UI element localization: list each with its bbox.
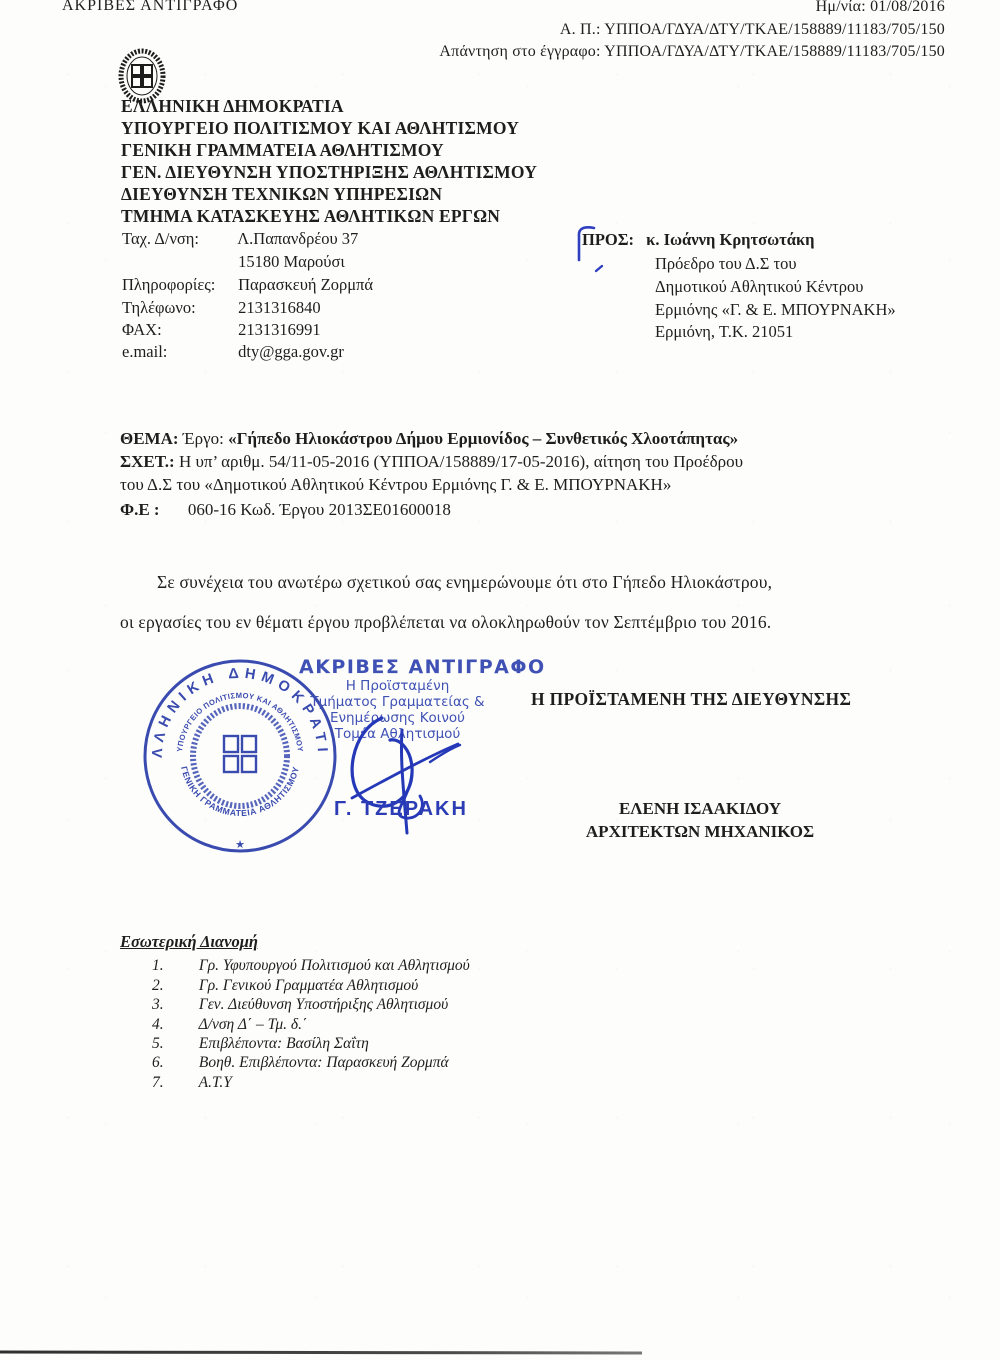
contact-label: Πληροφορίες: — [122, 275, 234, 295]
distribution-item-number: 3. — [152, 995, 195, 1015]
stamp-line-1: Η Προϊσταμένη — [300, 679, 495, 695]
approver-title: Η ΠΡΟΪΣΤΑΜΕΝΗ ΤΗΣ ΔΙΕΥΘΥΝΣΗΣ — [531, 689, 851, 710]
seal-star: ★ — [235, 839, 245, 851]
stamp-signer-name: Γ. ΤΖΕΡΑΚΗ — [334, 798, 468, 821]
agency-line-ministry: ΥΠΟΥΡΓΕΙΟ ΠΟΛΙΤΙΣΜΟΥ ΚΑΙ ΑΘΛΗΤΙΣΜΟΥ — [121, 118, 519, 139]
stamp-title: ΑΚΡΙΒΕΣ ΑΝΤΙΓΡΑΦΟ — [299, 656, 546, 678]
contact-value: 15180 Μαρούσι — [238, 252, 345, 271]
reference-line-1: ΣΧΕΤ.: Η υπ’ αριθμ. 54/11-05-2016 (ΥΠΠΟΑ… — [120, 452, 743, 472]
reply-reference-line: Απάντηση στο έγγραφο: ΥΠΠΟΑ/ΓΔΥΑ/ΔΤΥ/ΤΚΑ… — [439, 43, 945, 61]
distribution-item-number: 7. — [152, 1073, 195, 1093]
reference-text-1: Η υπ’ αριθμ. 54/11-05-2016 (ΥΠΠΟΑ/158889… — [179, 452, 743, 471]
contact-value: dty@gga.gov.gr — [238, 342, 344, 361]
contact-label: e.mail: — [122, 342, 234, 362]
contact-row-phone: Τηλέφωνο: 2131316840 — [122, 298, 321, 318]
agency-line-technical-directorate: ΔΙΕΥΘΥΝΣΗ ΤΕΧΝΙΚΩΝ ΥΠΗΡΕΣΙΩΝ — [121, 184, 442, 205]
date-line: Ημ/νία: 01/08/2016 — [816, 0, 945, 16]
body-paragraph-line-2: οι εργασίες του εν θέματι έργου προβλέπε… — [120, 612, 771, 633]
distribution-item-number: 4. — [152, 1015, 195, 1035]
body-paragraph-line-1: Σε συνέχεια του ανωτέρω σχετικού σας ενη… — [157, 572, 772, 593]
handwritten-signature — [330, 700, 480, 845]
subject-title: «Γήπεδο Ηλιοκάστρου Δήμου Ερμιονίδος – Σ… — [228, 429, 738, 448]
contact-value: Παρασκευή Ζορμπά — [238, 275, 373, 294]
contact-value: 2131316840 — [238, 298, 321, 317]
contact-row-postcode: 15180 Μαρούσι — [122, 252, 345, 272]
agency-line-sports-works-dept: ΤΜΗΜΑ ΚΑΤΑΣΚΕΥΗΣ ΑΘΛΗΤΙΚΩΝ ΕΡΓΩΝ — [121, 206, 500, 227]
protocol-number-line: Α. Π.: ΥΠΠΟΑ/ΓΔΥΑ/ΔΤΥ/ΤΚΑΕ/158889/11183/… — [560, 21, 945, 39]
distribution-item-number: 6. — [152, 1053, 195, 1073]
subject-line: ΘΕΜΑ: Έργο: «Γήπεδο Ηλιοκάστρου Δήμου Ερ… — [120, 429, 738, 449]
reference-label: ΣΧΕΤ.: — [120, 452, 175, 471]
contact-value: Λ.Παπανδρέου 37 — [237, 229, 358, 248]
contact-label: ΦΑΧ: — [122, 320, 234, 340]
recipient-name: κ. Ιωάννη Κρητσωτάκη — [646, 230, 814, 249]
agency-line-hellenic-republic: ΕΛΛΗΝΙΚΗ ΔΗΜΟΚΡΑΤΙΑ — [121, 96, 344, 117]
distribution-item-number: 1. — [152, 956, 195, 976]
recipient-first-line: ΠΡΟΣ: κ. Ιωάννη Κρητσωτάκη — [582, 230, 815, 250]
file-label: Φ.Ε : — [120, 500, 160, 519]
reference-line-2: του Δ.Σ του «Δημοτικού Αθλητικού Κέντρου… — [120, 475, 671, 495]
certified-copy-label: ΑΚΡΙΒΕΣ ΑΝΤΙΓΡΑΦΟ — [62, 0, 238, 15]
distribution-item-number: 2. — [152, 976, 195, 996]
approver-role: ΑΡΧΙΤΕΚΤΩΝ ΜΗΧΑΝΙΚΟΣ — [530, 820, 870, 843]
approver-name: ΕΛΕΝΗ ΙΣΑΑΚΙΔΟΥ — [530, 797, 870, 820]
distribution-item-number: 5. — [152, 1034, 195, 1054]
contact-row-fax: ΦΑΧ: 2131316991 — [122, 320, 321, 340]
subject-label: ΘΕΜΑ: — [120, 429, 179, 448]
distribution-item-text: Γρ. Υφυπουργού Πολιτισμού και Αθλητισμού — [199, 957, 470, 974]
distribution-item: 1. Γρ. Υφυπουργού Πολιτισμού και Αθλητισ… — [152, 956, 470, 976]
distribution-item-text: Γρ. Γενικού Γραμματέα Αθλητισμού — [199, 977, 418, 994]
contact-row-address: Ταχ. Δ/νση: Λ.Παπανδρέου 37 — [122, 229, 358, 249]
contact-label: Ταχ. Δ/νση: — [122, 229, 234, 249]
recipient-line: Ερμιόνης «Γ. & Ε. ΜΠΟΥΡΝΑΚΗ» — [655, 300, 896, 320]
distribution-item: 6. Βοηθ. Επιβλέποντα: Παρασκευή Ζορμπά — [152, 1053, 449, 1073]
recipient-line: Ερμιόνη, Τ.Κ. 21051 — [655, 322, 793, 342]
file-number-line: Φ.Ε : 060-16 Κωδ. Έργου 2013ΣΕ01600018 — [120, 500, 451, 520]
agency-line-general-secretariat: ΓΕΝΙΚΗ ΓΡΑΜΜΑΤΕΙΑ ΑΘΛΗΤΙΣΜΟΥ — [121, 140, 444, 161]
distribution-item-text: Βοηθ. Επιβλέποντα: Παρασκευή Ζορμπά — [199, 1054, 449, 1071]
recipient-line: Πρόεδρο του Δ.Σ του — [655, 254, 797, 274]
distribution-item: 3. Γεν. Διεύθυνση Υποστήριξης Αθλητισμού — [152, 995, 448, 1015]
distribution-item: 5. Επιβλέποντα: Βασίλη Σαΐτη — [152, 1034, 369, 1054]
scanned-document-page: ΑΚΡΙΒΕΣ ΑΝΤΙΓΡΑΦΟ Ημ/νία: 01/08/2016 Α. … — [0, 0, 1000, 1360]
distribution-heading: Εσωτερική Διανομή — [120, 932, 258, 952]
agency-line-general-directorate: ΓΕΝ. ΔΙΕΥΘΥΝΣΗ ΥΠΟΣΤΗΡΙΞΗΣ ΑΘΛΗΤΙΣΜΟΥ — [121, 162, 537, 183]
scan-edge-artifact — [0, 1351, 642, 1355]
distribution-item-text: Επιβλέποντα: Βασίλη Σαΐτη — [199, 1035, 369, 1052]
recipient-line: Δημοτικού Αθλητικού Κέντρου — [655, 277, 863, 297]
contact-value: 2131316991 — [238, 320, 321, 339]
recipient-label: ΠΡΟΣ: — [582, 230, 634, 249]
file-value: 060-16 Κωδ. Έργου 2013ΣΕ01600018 — [188, 500, 451, 519]
contact-row-information: Πληροφορίες: Παρασκευή Ζορμπά — [122, 275, 373, 295]
distribution-item: 7. Α.Τ.Υ — [152, 1073, 232, 1093]
subject-prefix: Έργο: — [183, 429, 224, 448]
contact-row-email: e.mail: dty@gga.gov.gr — [122, 342, 344, 362]
contact-label: Τηλέφωνο: — [122, 298, 234, 318]
distribution-item-text: Α.Τ.Υ — [199, 1074, 232, 1091]
distribution-item-text: Γεν. Διεύθυνση Υποστήριξης Αθλητισμού — [199, 996, 448, 1013]
distribution-item-text: Δ/νση Δ΄ – Τμ. δ.΄ — [199, 1016, 308, 1033]
distribution-item: 2. Γρ. Γενικού Γραμματέα Αθλητισμού — [152, 976, 418, 996]
distribution-item: 4. Δ/νση Δ΄ – Τμ. δ.΄ — [152, 1015, 307, 1035]
